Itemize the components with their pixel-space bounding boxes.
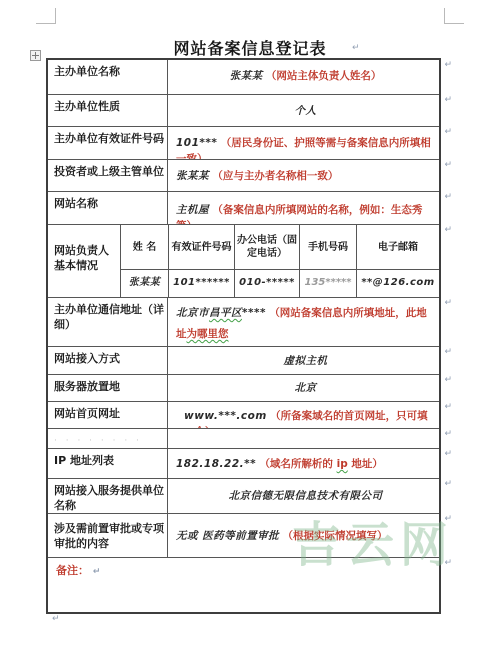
row-org-cert: 主办单位有效证件号码 101*** （居民身份证、护照等需与备案信息内所填相一致… [48,127,439,160]
remark-label-text: 备注： [56,564,89,577]
header-text: 手机号码 [308,241,348,254]
faded-label-text: · · · · · · · · [54,436,142,446]
paragraph-mark: ↵ [444,348,452,357]
address-label-text: 主办单位通信地址（详细） [54,303,164,331]
principal-header-office-phone: 办公电话（固定电话） [235,225,300,269]
server-location-value-text: 北京 [295,382,317,394]
address-value[interactable]: 北京市昌平区**** （网站备案信息内所填地址，此地址为哪里您的备案信息就是由该… [168,298,439,346]
paragraph-mark: ↵ [93,567,101,577]
approval-value[interactable]: 无或 医药等前置审批 （根据实际情况填写） [168,514,439,557]
site-name-value[interactable]: 主机屋 （备案信息内所填网站的名称，例如：生态秀等） [168,192,439,224]
org-nature-value[interactable]: 个人 [168,95,439,126]
homepage-url-label-text: 网站首页网址 [54,407,120,420]
row-address: 主办单位通信地址（详细） 北京市昌平区**** （网站备案信息内所填地址，此地址… [48,298,439,347]
principal-mobile-value[interactable]: 135***** [300,270,357,297]
org-cert-value-text: 101*** [176,137,217,149]
faded-value[interactable] [168,429,439,448]
approval-label: 涉及需前置审批或专项审批的内容 [48,514,168,557]
principal-header-name: 姓 名 [121,225,169,269]
ip-list-note: 地址） [348,458,383,470]
value-text: 101****** [173,277,230,288]
address-label: 主办单位通信地址（详细） [48,298,168,346]
paragraph-mark: ↵ [444,128,452,137]
document-page: 网站备案信息登记表 ↵ 主办单位名称 张某某 （网站主体负责人姓名） ↵ 主办单… [0,0,500,647]
paragraph-mark: ↵ [444,559,452,568]
org-name-label-text: 主办单位名称 [54,65,120,78]
paragraph-mark: ↵ [444,480,452,489]
value-text: 张某某 [129,277,161,288]
page-margin-corner-mark [36,8,56,24]
provider-label: 网站接入服务提供单位名称 [48,479,168,513]
provider-value[interactable]: 北京信德无限信息技术有限公司 [168,479,439,513]
paragraph-mark: ↵ [444,226,452,235]
header-text: 办公电话（固定电话） [237,234,297,260]
row-approval: 涉及需前置审批或专项审批的内容 无或 医药等前置审批 （根据实际情况填写） ↵ [48,514,439,558]
principal-office-phone-value[interactable]: 010-***** [235,270,300,297]
faded-label: · · · · · · · · [48,429,168,448]
paragraph-mark: ↵ [52,615,60,624]
investor-value-text: 张某某 [176,170,209,182]
paragraph-mark: ↵ [444,299,452,308]
paragraph-mark: ↵ [444,430,452,439]
row-access-method: 网站接入方式 虚拟主机 ↵ [48,347,439,375]
ip-list-note: （域名所解析的 [259,458,336,470]
access-method-label: 网站接入方式 [48,347,168,374]
investor-label-text: 投资者或上级主管单位 [54,165,164,178]
investor-label: 投资者或上级主管单位 [48,160,168,191]
page-margin-corner-mark [444,8,464,24]
org-nature-label-text: 主办单位性质 [54,100,120,113]
remark-cell[interactable]: 备注： ↵ [48,558,439,612]
principal-cert-value[interactable]: 101****** [169,270,235,297]
row-homepage-url: 网站首页网址 www.***.com （所备案域名的首页网址，只可填一个） ↵ [48,402,439,429]
paragraph-mark: ↵ [444,193,452,202]
value-text: 135***** [304,277,351,288]
paragraph-mark: ↵ [444,376,452,385]
provider-label-text: 网站接入服务提供单位名称 [54,484,164,512]
approval-value-text: 无或 医药等前置审批 [176,530,279,542]
principal-header-mobile: 手机号码 [300,225,357,269]
org-cert-label: 主办单位有效证件号码 [48,127,168,159]
site-name-label-text: 网站名称 [54,197,98,210]
row-principal: 网站负责人基本情况 姓 名 有效证件号码 办公电话（固定电话） 手机号码 电子邮… [48,225,439,298]
page-title: 网站备案信息登记表 [0,36,500,59]
row-org-name: 主办单位名称 张某某 （网站主体负责人姓名） ↵ [48,60,439,95]
org-name-value[interactable]: 张某某 （网站主体负责人姓名） [168,60,439,94]
homepage-url-value-text: www.***.com [184,410,267,422]
header-text: 电子邮箱 [378,241,418,254]
paragraph-mark: ↵ [444,161,452,170]
principal-data-row: 张某某 101****** 010-***** 135***** **@126.… [121,270,439,297]
access-method-label-text: 网站接入方式 [54,352,120,365]
site-name-note: （备案信息内所填网站的名称，例如：生态秀等） [176,204,422,224]
investor-note: （应与主办者名称相一致） [212,170,338,182]
ip-list-value[interactable]: 182.18.22.** （域名所解析的 ip 地址） [168,449,439,478]
server-location-label-text: 服务器放置地 [54,380,120,393]
table-move-handle-icon[interactable] [30,50,41,61]
investor-value[interactable]: 张某某 （应与主办者名称相一致） [168,160,439,191]
principal-label: 网站负责人基本情况 [48,225,121,297]
address-value-text: 北京市 [176,307,209,319]
ip-list-label: IP 地址列表 [48,449,168,478]
paragraph-mark: ↵ [444,96,452,105]
org-name-value-text: 张某某 [230,70,263,82]
registration-table: 主办单位名称 张某某 （网站主体负责人姓名） ↵ 主办单位性质 个人 ↵ 主办单… [46,58,441,614]
org-nature-label: 主办单位性质 [48,95,168,126]
server-location-value[interactable]: 北京 [168,375,439,401]
value-text: **@126.com [361,277,434,288]
paragraph-mark: ↵ [444,450,452,459]
row-site-name: 网站名称 主机屋 （备案信息内所填网站的名称，例如：生态秀等） ↵ [48,192,439,225]
org-nature-value-text: 个人 [295,105,317,117]
row-provider: 网站接入服务提供单位名称 北京信德无限信息技术有限公司 ↵ [48,479,439,514]
site-name-value-text: 主机屋 [176,204,209,216]
principal-email-value[interactable]: **@126.com [357,270,439,297]
access-method-value-text: 虚拟主机 [284,355,328,367]
address-value-underlined: 昌平区 [209,307,242,319]
principal-subtable: 姓 名 有效证件号码 办公电话（固定电话） 手机号码 电子邮箱 张某某 101*… [121,225,439,297]
ip-list-label-text: IP 地址列表 [54,454,114,467]
principal-header-row: 姓 名 有效证件号码 办公电话（固定电话） 手机号码 电子邮箱 [121,225,439,270]
principal-name-value[interactable]: 张某某 [121,270,169,297]
homepage-url-label: 网站首页网址 [48,402,168,428]
ip-list-value-text: 182.18.22.** [176,458,256,470]
approval-note: （根据实际情况填写） [283,530,388,542]
org-name-label: 主办单位名称 [48,60,168,94]
access-method-value[interactable]: 虚拟主机 [168,347,439,374]
address-value-text: **** [242,307,266,319]
header-text: 姓 名 [133,241,156,254]
homepage-url-value[interactable]: www.***.com （所备案域名的首页网址，只可填一个） [168,402,439,428]
principal-header-email: 电子邮箱 [357,225,439,269]
row-ip-list: IP 地址列表 182.18.22.** （域名所解析的 ip 地址） ↵ [48,449,439,479]
server-location-label: 服务器放置地 [48,375,168,401]
paragraph-mark: ↵ [352,44,360,53]
principal-label-text: 网站负责人基本情况 [54,244,109,272]
row-server-location: 服务器放置地 北京 ↵ [48,375,439,402]
ip-list-note-underlined: ip [337,458,348,470]
org-name-note: （网站主体负责人姓名） [266,70,382,82]
paragraph-mark: ↵ [444,403,452,412]
row-remark: 备注： ↵ ↵ [48,558,439,612]
header-text: 有效证件号码 [172,241,232,254]
row-faded: · · · · · · · · ↵ [48,429,439,449]
row-investor: 投资者或上级主管单位 张某某 （应与主办者名称相一致） ↵ [48,160,439,192]
paragraph-mark: ↵ [444,61,452,70]
site-name-label: 网站名称 [48,192,168,224]
provider-value-text: 北京信德无限信息技术有限公司 [229,490,383,502]
org-cert-label-text: 主办单位有效证件号码 [54,132,164,145]
row-org-nature: 主办单位性质 个人 ↵ [48,95,439,127]
address-note-underlined: 为哪里您 [187,328,229,340]
value-text: 010-***** [239,277,295,288]
paragraph-mark: ↵ [444,515,452,524]
principal-header-cert: 有效证件号码 [169,225,235,269]
org-cert-value[interactable]: 101*** （居民身份证、护照等需与备案信息内所填相一致） [168,127,439,159]
approval-label-text: 涉及需前置审批或专项审批的内容 [54,522,164,550]
